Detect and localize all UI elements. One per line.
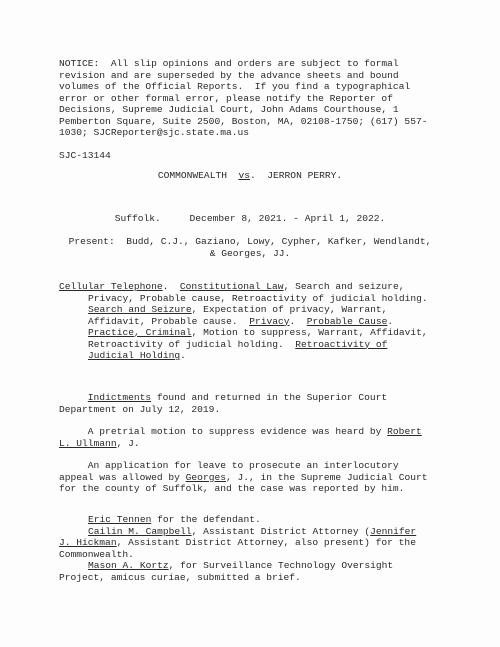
judge-georges-link[interactable]: Georges xyxy=(186,472,226,483)
counsel-hickman-link-cont[interactable]: J. Hickman xyxy=(59,537,117,548)
proceedings-line: A pretrial motion to suppress evidence w… xyxy=(59,426,422,437)
counsel-line: Eric Tennen for the defendant. xyxy=(88,514,261,525)
proceedings-text: , J. xyxy=(117,438,140,449)
proceedings-line: Indictments found and returned in the Su… xyxy=(59,392,387,403)
headnote-practice-criminal[interactable]: Practice, Criminal xyxy=(88,327,192,338)
counsel-tennen-link[interactable]: Eric Tennen xyxy=(88,514,151,525)
notice-line: volumes of the Official Reports. If you … xyxy=(59,81,410,92)
counsel-hickman-link[interactable]: Jennifer xyxy=(370,526,416,537)
counsel-line: Cailin M. Campbell, Assistant District A… xyxy=(88,526,416,537)
court-dates-line: Suffolk. December 8, 2021. - April 1, 20… xyxy=(0,213,500,224)
counsel-line: Project, amicus curiae, submitted a brie… xyxy=(59,572,301,583)
notice-line: Decisions, Supreme Judicial Court, John … xyxy=(59,104,399,115)
decision-dates: December 8, 2021. - April 1, 2022. xyxy=(190,213,386,224)
indictments-link[interactable]: Indictments xyxy=(88,392,151,403)
headnote-sep: . xyxy=(180,350,186,361)
counsel-campbell-link[interactable]: Cailin M. Campbell xyxy=(88,526,192,537)
proceedings-text: found and returned in the Superior Court xyxy=(151,392,387,403)
county: Suffolk. xyxy=(115,213,161,224)
present-justices-line2: & Georges, JJ. xyxy=(0,248,500,259)
proceedings-text: , J., in the Supreme Judicial Court xyxy=(226,472,428,483)
counsel-line: J. Hickman, Assistant District Attorney,… xyxy=(59,537,416,548)
headnote-retroactivity-cont[interactable]: Judicial Holding xyxy=(88,350,180,361)
notice-line: revision and are superseded by the advan… xyxy=(59,70,399,81)
document-page: NOTICE: All slip opinions and orders are… xyxy=(0,0,500,647)
headnote-text: , Search and seizure, xyxy=(284,281,405,292)
headnote-probable-cause[interactable]: Probable Cause xyxy=(307,316,388,327)
caption-plaintiff: COMMONWEALTH xyxy=(158,170,227,181)
headnote-line: Affidavit, Probable cause. Privacy. Prob… xyxy=(88,316,393,327)
counsel-kortz-link[interactable]: Mason A. Kortz xyxy=(88,560,169,571)
counsel-text: , Assistant District Attorney, also pres… xyxy=(117,537,416,548)
proceedings-line: for the county of Suffolk, and the case … xyxy=(59,483,404,494)
proceedings-line: appeal was allowed by Georges, J., in th… xyxy=(59,472,428,483)
headnote-line: Search and Seizure, Expectation of priva… xyxy=(88,304,387,315)
judge-ullmann-link-cont[interactable]: L. Ullmann xyxy=(59,438,117,449)
notice-line: Pemberton Square, Suite 2500, Boston, MA… xyxy=(59,116,427,127)
proceedings-text: A pretrial motion to suppress evidence w… xyxy=(59,426,387,437)
counsel-line: Commonwealth. xyxy=(59,549,134,560)
headnote-line: Practice, Criminal, Motion to suppress, … xyxy=(88,327,428,338)
headnote-sep: . xyxy=(290,316,307,327)
counsel-text: , Assistant District Attorney ( xyxy=(192,526,370,537)
proceedings-line: Department on July 12, 2019. xyxy=(59,404,220,415)
headnote-line: Cellular Telephone. Constitutional Law, … xyxy=(59,281,404,292)
headnote-line: Judicial Holding. xyxy=(88,350,186,361)
present-justices-line1: Present: Budd, C.J., Gaziano, Lowy, Cyph… xyxy=(0,236,500,247)
headnote-text: , Expectation of privacy, Warrant, xyxy=(192,304,388,315)
case-caption: COMMONWEALTH vs. JERRON PERRY. xyxy=(0,170,500,181)
notice-line: 1030; SJCReporter@sjc.state.ma.us xyxy=(59,127,249,138)
headnote-text: , Motion to suppress, Warrant, Affidavit… xyxy=(192,327,428,338)
headnote-text: Affidavit, Probable cause. xyxy=(88,316,249,327)
caption-vs: vs xyxy=(238,170,250,181)
proceedings-text: appeal was allowed by xyxy=(59,472,186,483)
notice-line: error or other formal error, please noti… xyxy=(59,93,393,104)
docket-number: SJC-13144 xyxy=(59,150,111,161)
headnote-privacy[interactable]: Privacy xyxy=(249,316,289,327)
counsel-line: Mason A. Kortz, for Surveillance Technol… xyxy=(88,560,393,571)
notice-line: NOTICE: All slip opinions and orders are… xyxy=(59,58,399,69)
proceedings-line: An application for leave to prosecute an… xyxy=(59,460,399,471)
headnote-text: Retroactivity of judicial holding. xyxy=(88,339,295,350)
headnote-retroactivity[interactable]: Retroactivity of xyxy=(295,339,387,350)
proceedings-line: L. Ullmann, J. xyxy=(59,438,140,449)
counsel-text: for the defendant. xyxy=(151,514,260,525)
headnote-line: Privacy, Probable cause, Retroactivity o… xyxy=(88,293,428,304)
judge-ullmann-link[interactable]: Robert xyxy=(387,426,422,437)
caption-defendant: JERRON PERRY. xyxy=(267,170,342,181)
headnote-cellular-telephone[interactable]: Cellular Telephone xyxy=(59,281,163,292)
headnote-sep: . xyxy=(163,281,180,292)
headnote-constitutional-law[interactable]: Constitutional Law xyxy=(180,281,284,292)
counsel-text: , for Surveillance Technology Oversight xyxy=(169,560,394,571)
headnote-line: Retroactivity of judicial holding. Retro… xyxy=(88,339,387,350)
headnote-search-and-seizure[interactable]: Search and Seizure xyxy=(88,304,192,315)
headnote-sep: . xyxy=(387,316,393,327)
indent xyxy=(59,392,88,403)
